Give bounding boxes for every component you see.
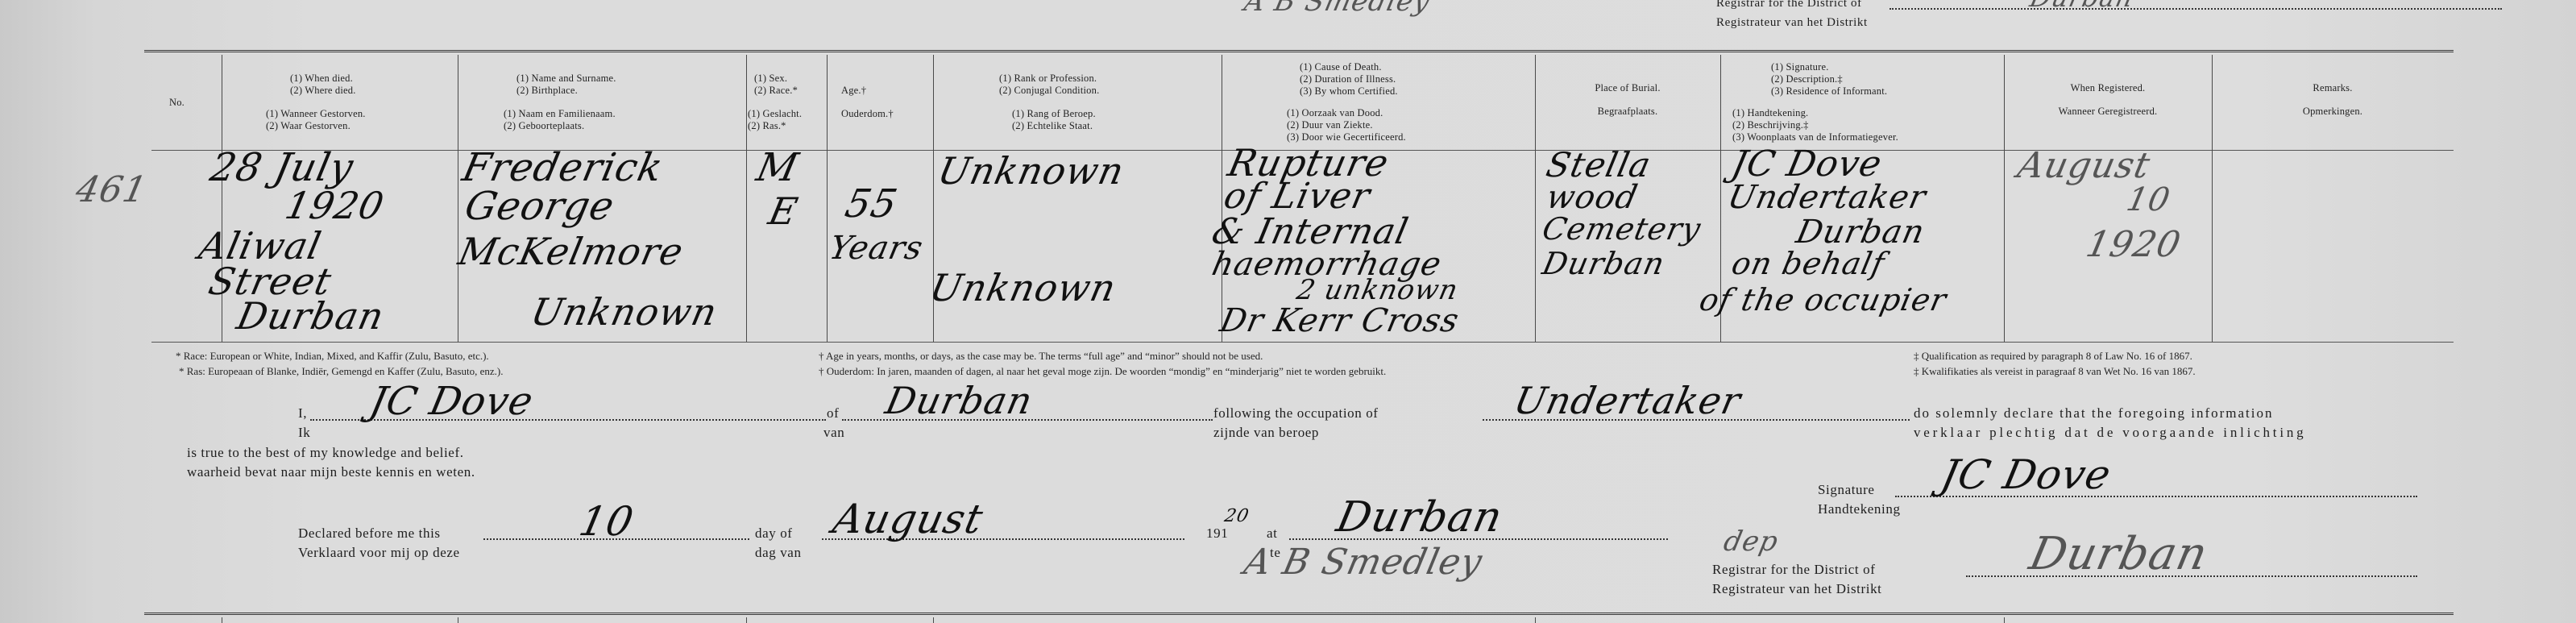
age-unit: Years: [826, 230, 927, 267]
sex: M: [753, 145, 803, 190]
informant-description: Undertaker: [1724, 179, 1930, 216]
header-no: No.: [169, 97, 185, 109]
header-remarks-nl: Opmerkingen.: [2212, 106, 2454, 118]
declarant-name: JC Dove: [366, 379, 537, 424]
header-cause-nl-1: (1) Oorzaak van Dood.: [1287, 107, 1406, 119]
header-name-en-2: (2) Birthplace.: [504, 85, 616, 97]
header-sex-race: (1) Sex. (2) Race.* (1) Geslacht. (2) Ra…: [748, 73, 802, 132]
declared-day: 10: [575, 498, 638, 545]
header-race-en: (2) Race.*: [748, 85, 802, 97]
at-en: at: [1267, 525, 1277, 542]
deceased-middle-name: George: [461, 184, 619, 229]
header-informant: (1) Signature. (2) Description.‡ (3) Res…: [1732, 61, 1898, 143]
footnote-race-nl: * Ras: Europeaan of Blanke, Indiër, Geme…: [179, 364, 503, 378]
decl-occupation-en: following the occupation of: [1213, 405, 1379, 422]
header-rank-en-1: (1) Rank or Profession.: [999, 73, 1099, 85]
declarant-occupation: Undertaker: [1510, 379, 1745, 422]
decl-true-nl: waarheid bevat naar mijn beste kennis en…: [187, 464, 475, 480]
header-when-nl-2: (2) Waar Gestorven.: [266, 120, 366, 132]
race: E: [765, 189, 802, 233]
header-when-nl-1: (1) Wanneer Gestorven.: [266, 108, 366, 120]
header-name-nl-2: (2) Geboorteplaats.: [504, 120, 616, 132]
header-name-en-1: (1) Name and Surname.: [504, 73, 616, 85]
top-registrar-label-en: Registrar for the District of: [1716, 0, 1862, 11]
signature-label-en: Signature: [1818, 482, 1875, 498]
header-informant-en-1: (1) Signature.: [1732, 61, 1898, 73]
col-divider: [933, 617, 934, 623]
decl-i-nl: Ik: [298, 425, 310, 441]
header-sex-en: (1) Sex.: [748, 73, 802, 85]
entry-number: 461: [73, 169, 151, 210]
year-prefix: 191: [1206, 525, 1228, 542]
registrar-signature: A B Smedley: [1241, 542, 1487, 583]
burial-line-3: Cemetery: [1539, 211, 1704, 247]
burial-line-4: Durban: [1539, 246, 1668, 281]
header-race-nl: (2) Ras.*: [748, 120, 802, 132]
when-died-year: 1920: [281, 184, 388, 227]
header-rank: (1) Rank or Profession. (2) Conjugal Con…: [999, 73, 1099, 132]
table-top-rule: [144, 50, 2454, 55]
header-age: Age.† Ouderdom.†: [841, 85, 894, 120]
informant-note-1: on behalf: [1728, 246, 1888, 281]
col-divider: [827, 55, 828, 342]
header-informant-nl-3: (3) Woonplaats van de Informatiegever.: [1732, 131, 1898, 143]
header-registered: When Registered. Wanneer Geregistreerd.: [2004, 82, 2212, 118]
registered-year: 1920: [2083, 224, 2185, 265]
declared-before-en: Declared before me this: [298, 525, 441, 542]
col-divider: [746, 55, 747, 342]
death-register-page: A B Smedley Registrar for the District o…: [0, 0, 2576, 623]
col-divider: [746, 617, 747, 623]
col-divider: [2004, 617, 2005, 623]
deputy-mark: dep: [1721, 525, 1782, 558]
registrar-label-en: Registrar for the District of: [1712, 562, 1875, 578]
header-remarks-en: Remarks.: [2212, 82, 2454, 94]
declared-month: August: [829, 496, 988, 542]
header-age-en: Age.†: [841, 85, 894, 97]
signature-label-nl: Handtekening: [1818, 501, 1901, 517]
deceased-surname: McKelmore: [454, 230, 687, 273]
header-rank-nl-2: (2) Echtelike Staat.: [999, 120, 1099, 132]
day-of-nl: dag van: [755, 545, 802, 561]
declared-at-place: Durban: [1333, 493, 1508, 542]
header-cause-en-3: (3) By whom Certified.: [1287, 85, 1406, 98]
col-divider: [222, 617, 222, 623]
header-registered-nl: Wanneer Geregistreerd.: [2004, 106, 2212, 118]
header-age-nl: Ouderdom.†: [841, 108, 894, 120]
header-burial: Place of Burial. Begraafplaats.: [1535, 82, 1720, 118]
footnote-age-nl: † Ouderdom: In jaren, maanden of dagen, …: [819, 364, 1386, 378]
header-name: (1) Name and Surname. (2) Birthplace. (1…: [504, 73, 616, 132]
col-divider: [1535, 617, 1536, 623]
decl-solemn-en: do solemnly declare that the foregoing i…: [1914, 405, 2274, 422]
header-informant-en-3: (3) Residence of Informant.: [1732, 85, 1898, 98]
registrar-label-nl: Registrateur van het Distrikt: [1712, 581, 1882, 597]
footnote-qual-en: ‡ Qualification as required by paragraph…: [1914, 349, 2192, 363]
header-burial-nl: Begraafplaats.: [1535, 106, 1720, 118]
informant-final-signature: JC Dove: [1937, 451, 2116, 498]
footnote-qual-nl: ‡ Kwalifikaties als vereist in paragraaf…: [1914, 364, 2196, 378]
decl-of-en: of: [827, 405, 839, 422]
top-registrar-dots: [1889, 8, 2502, 10]
header-sex-nl: (1) Geslacht.: [748, 108, 802, 120]
header-rank-en-2: (2) Conjugal Condition.: [999, 85, 1099, 97]
header-cause-en-2: (2) Duration of Illness.: [1287, 73, 1406, 85]
day-of-en: day of: [755, 525, 793, 542]
header-informant-en-2: (2) Description.‡: [1732, 73, 1898, 85]
decl-solemn-nl: verklaar plechtig dat de voorgaande inli…: [1914, 425, 2306, 441]
decl-true-en: is true to the best of my knowledge and …: [187, 445, 464, 461]
top-registrar-signature: A B Smedley: [1242, 0, 1433, 18]
header-when-en-2: (2) Where died.: [266, 85, 366, 97]
header-cause-nl-2: (2) Duur van Ziekte.: [1287, 119, 1406, 131]
header-informant-nl-2: (2) Beschrijving.‡: [1732, 119, 1898, 131]
rank-profession: Unknown: [934, 149, 1128, 193]
where-died-3: Durban: [233, 294, 388, 338]
top-registrar-district: Durban: [2027, 0, 2137, 13]
header-cause-en-1: (1) Cause of Death.: [1287, 61, 1406, 73]
col-divider: [1222, 55, 1222, 342]
header-when-en-1: (1) When died.: [266, 73, 366, 85]
header-informant-nl-1: (1) Handtekening.: [1732, 107, 1898, 119]
decl-of-nl: van: [823, 425, 844, 441]
decl-i-en: I,: [298, 405, 307, 422]
header-name-nl-1: (1) Naam en Familienaam.: [504, 108, 616, 120]
age-value: 55: [841, 181, 902, 226]
header-cause: (1) Cause of Death. (2) Duration of Illn…: [1287, 61, 1406, 143]
declarant-place: Durban: [881, 379, 1036, 422]
footnote-race-en: * Race: European or White, Indian, Mixed…: [176, 349, 489, 363]
year-suffix: 20: [1222, 506, 1251, 526]
registered-day: 10: [2123, 181, 2174, 218]
conjugal-condition: Unknown: [926, 266, 1120, 309]
header-rank-nl-1: (1) Rang of Beroep.: [999, 108, 1099, 120]
footnote-age-en: † Age in years, months, or days, as the …: [819, 349, 1263, 363]
top-registrar-label-nl: Registrateur van het Distrikt: [1716, 15, 1868, 31]
col-divider: [458, 55, 458, 342]
decl-occupation-nl: zijnde van beroep: [1213, 425, 1319, 441]
duration-of-illness: 2 unknown: [1294, 274, 1462, 306]
header-registered-en: When Registered.: [2004, 82, 2212, 94]
table-bottom-rule: [151, 342, 2454, 343]
registered-month: August: [2014, 145, 2155, 186]
certified-by: Dr Kerr Cross: [1217, 302, 1462, 339]
col-divider: [458, 617, 458, 623]
birthplace: Unknown: [527, 290, 721, 334]
registrar-district: Durban: [2025, 528, 2213, 580]
next-table-top-rule: [144, 613, 2454, 617]
header-remarks: Remarks. Opmerkingen.: [2212, 82, 2454, 118]
informant-note-2: of the occupier: [1696, 282, 1950, 318]
header-when-where: (1) When died. (2) Where died. (1) Wanne…: [266, 73, 366, 132]
header-burial-en: Place of Burial.: [1535, 82, 1720, 94]
declared-before-nl: Verklaard voor mij op deze: [298, 545, 460, 561]
